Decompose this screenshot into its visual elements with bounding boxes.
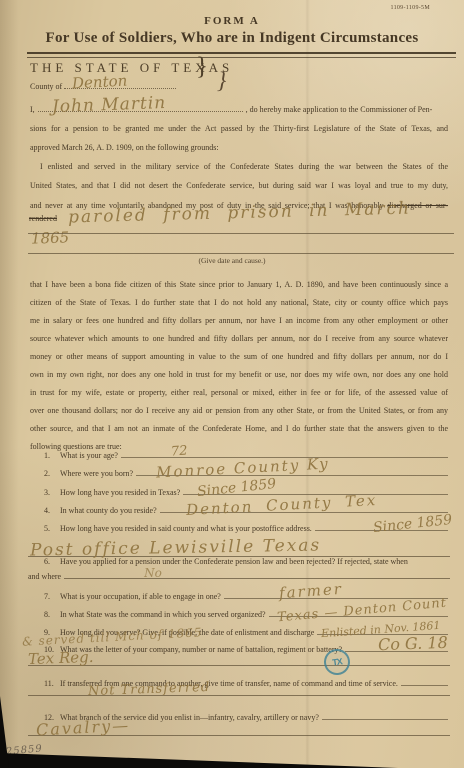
declaration-line: me in salary or fees one hundred and fif… bbox=[30, 312, 448, 330]
ruled-line bbox=[28, 253, 454, 254]
question-text-continued: and where bbox=[28, 572, 61, 581]
declaration-line: citizen of the State of Texas. I do furt… bbox=[30, 294, 448, 312]
form-title: For Use of Soldiers, Who are in Indigent… bbox=[0, 30, 464, 47]
county-label: County of bbox=[30, 82, 62, 91]
question-number: 1. bbox=[44, 451, 60, 460]
county-blank-line: Denton bbox=[64, 78, 176, 89]
intro-line-1: I, John Martin , do hereby make applicat… bbox=[30, 100, 448, 119]
handwritten-answer-occupation: farmer bbox=[278, 580, 343, 602]
intro-post: , do hereby make application to the Comm… bbox=[246, 100, 448, 119]
question-row-4: 4. In what county do you reside? Denton … bbox=[44, 503, 448, 515]
question-text: In what State was the command in which y… bbox=[60, 610, 269, 619]
answer-line bbox=[322, 710, 448, 720]
question-number: 7. bbox=[44, 592, 60, 601]
declaration-line: money or other means of support amountin… bbox=[30, 348, 448, 366]
declaration-line: over one thousand dollars; nor do I rece… bbox=[30, 402, 448, 420]
brace-glyph: } bbox=[217, 68, 226, 94]
answer-line: Post office Lewisville Texas bbox=[28, 544, 450, 557]
answer-line: Denton County Tex bbox=[160, 503, 448, 513]
intro-lines: sions for a pension to be granted me und… bbox=[30, 119, 448, 158]
answer-line: No bbox=[64, 568, 450, 579]
declaration-line: in trust for my wife, estate or property… bbox=[30, 384, 448, 402]
answer-line: Cavalry— bbox=[28, 723, 450, 736]
question-number: 2. bbox=[44, 469, 60, 478]
handwritten-answer-branch: Cavalry— bbox=[36, 716, 131, 740]
declaration-line: other source, and that I am not an inmat… bbox=[30, 420, 448, 438]
question-row-2: 2. Where were you born? Monroe County Ky bbox=[44, 466, 448, 478]
handwritten-answer-rejected: No bbox=[144, 566, 162, 580]
answer-line: Co G. 18 bbox=[345, 642, 448, 652]
declaration-line: that I have been a bona fide citizen of … bbox=[30, 276, 448, 294]
question-text: In what county do you reside? bbox=[60, 506, 160, 515]
question-text: What is your age? bbox=[60, 451, 121, 460]
service-line-1: I enlisted and served in the military se… bbox=[30, 157, 448, 176]
question-text: What is your occupation, if able to enga… bbox=[60, 592, 224, 601]
parole-year-handwritten: 1865 bbox=[31, 228, 70, 247]
question-text: How long have you resided in said county… bbox=[60, 524, 315, 533]
print-code: 1109-1109-5M bbox=[391, 5, 431, 11]
intro-pre: I, bbox=[30, 100, 35, 119]
county-row: County of Denton bbox=[30, 78, 176, 91]
answer-line: Not Transferred bbox=[28, 683, 450, 696]
question-row-3: 3. How long have you resided in Texas? S… bbox=[44, 485, 448, 497]
handwritten-answer-company: Co G. 18 bbox=[378, 633, 448, 654]
name-blank-line: John Martin bbox=[38, 101, 243, 112]
question-row-6-continued: and where No bbox=[28, 568, 450, 581]
question-text: Where were you born? bbox=[60, 469, 136, 478]
declaration-paragraph: that I have been a bona fide citizen of … bbox=[30, 276, 448, 456]
service-line-2: United States, and that I did not desert… bbox=[30, 176, 448, 195]
question-number: 6. bbox=[44, 557, 60, 566]
handwritten-answer-regiment: Tex Reg. bbox=[28, 648, 94, 668]
county-value-handwritten: Denton bbox=[72, 72, 128, 93]
question-number: 5. bbox=[44, 524, 60, 533]
answer-line: Since 1859 bbox=[315, 521, 448, 531]
question-number: 8. bbox=[44, 610, 60, 619]
answer-line: Tex Reg. bbox=[28, 653, 450, 666]
brace-glyph: } bbox=[196, 53, 208, 81]
question-number: 4. bbox=[44, 506, 60, 515]
question-row-8: 8. In what State was the command in whic… bbox=[44, 607, 448, 619]
intro-line-2: sions for a pension to be granted me und… bbox=[30, 119, 448, 138]
answer-line: Monroe County Ky bbox=[136, 466, 448, 476]
form-label: FORM A bbox=[0, 15, 464, 27]
question-number: 3. bbox=[44, 488, 60, 497]
question-row-5: 5. How long have you resided in said cou… bbox=[44, 521, 448, 533]
question-text: How long have you resided in Texas? bbox=[60, 488, 183, 497]
struck-text-rendered: rendered bbox=[29, 214, 57, 223]
question-row-7: 7. What is your occupation, if able to e… bbox=[44, 589, 448, 601]
applicant-name-handwritten: John Martin bbox=[51, 94, 166, 117]
ruled-line bbox=[28, 233, 454, 234]
declaration-line: own in my own right, nor does any one ho… bbox=[30, 366, 448, 384]
title-double-rule bbox=[27, 52, 456, 58]
intro-line-3: approved March 26, A. D. 1909, on the fo… bbox=[30, 138, 448, 157]
stamp-label: TX bbox=[332, 656, 343, 667]
answer-line: Texas — Denton Count bbox=[269, 607, 448, 617]
question-row-6: 6. Have you applied for a pension under … bbox=[44, 557, 448, 566]
question-text: Have you applied for a pension under the… bbox=[60, 557, 411, 566]
declaration-line: source whatever which amounts to one hun… bbox=[30, 330, 448, 348]
handwritten-answer-age: 72 bbox=[170, 443, 188, 459]
date-cause-caption: (Give date and cause.) bbox=[0, 256, 464, 265]
